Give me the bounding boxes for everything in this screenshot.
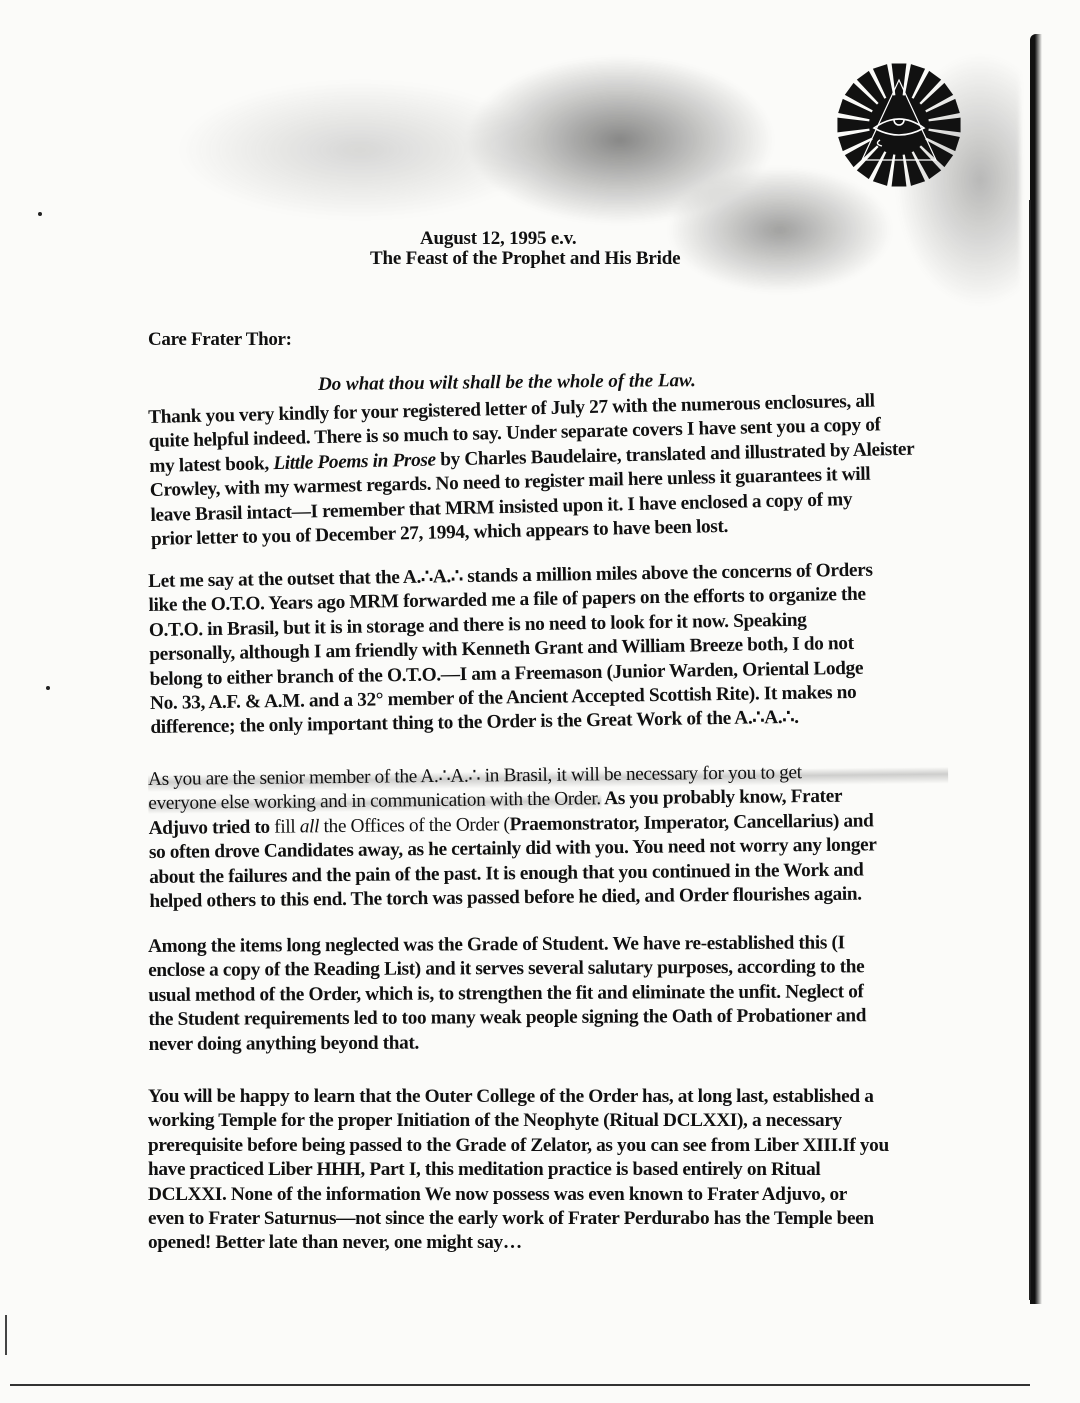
salutation: Care Frater Thor: bbox=[148, 329, 292, 351]
letter-date: August 12, 1995 e.v. bbox=[420, 228, 576, 250]
book-title: Little Poems in Prose bbox=[273, 449, 436, 474]
text-line: have practiced Liber HHH, Part I, this m… bbox=[148, 1158, 948, 1182]
text-line: even to Frater Saturnus—not since the ea… bbox=[148, 1207, 948, 1231]
paragraph-outer-college: You will be happy to learn that the Oute… bbox=[148, 1085, 948, 1256]
letter-occasion: The Feast of the Prophet and His Bride bbox=[370, 248, 680, 270]
paragraph-thanks: Thank you very kindly for your registere… bbox=[148, 388, 951, 553]
text-line: working Temple for the proper Initiation… bbox=[148, 1109, 948, 1133]
paragraph-senior-member: As you are the senior member of the A.∴A… bbox=[148, 760, 949, 915]
page-left-mark bbox=[5, 1315, 7, 1355]
text-line: never doing anything beyond that. bbox=[149, 1028, 949, 1057]
text-line: You will be happy to learn that the Oute… bbox=[148, 1085, 948, 1109]
paragraph-student-grade: Among the items long neglected was the G… bbox=[148, 931, 949, 1057]
text-line: DCLXXI. None of the information We now p… bbox=[148, 1183, 948, 1207]
speck bbox=[46, 686, 50, 690]
page-edge-line bbox=[1029, 200, 1031, 1300]
speck bbox=[38, 212, 42, 216]
eye-in-triangle-sunburst-icon bbox=[836, 62, 962, 188]
text-run: my latest book, bbox=[149, 453, 273, 477]
page-bottom-edge bbox=[10, 1384, 1030, 1386]
text-run: Praemonstrator, Imperator, Cancellarius)… bbox=[509, 810, 873, 835]
page-edge-shadow bbox=[1030, 34, 1042, 1304]
opening-law: Do what thou wilt shall be the whole of … bbox=[318, 370, 696, 396]
text-line: opened! Better late than never, one migh… bbox=[148, 1231, 948, 1255]
text-run: As you probably know, Frater bbox=[601, 786, 842, 810]
text-run: fill bbox=[270, 816, 300, 837]
letter-page: August 12, 1995 e.v. The Feast of the Pr… bbox=[0, 0, 1080, 1403]
paragraph-outset: Let me say at the outset that the A.∴A.∴… bbox=[148, 557, 951, 740]
text-run: everyone else working and in communicati… bbox=[148, 789, 601, 815]
text-line: the Student requirements led to too many… bbox=[148, 1004, 948, 1033]
text-run: Adjuvo tried to bbox=[149, 817, 270, 839]
text-line: prerequisite before being passed to the … bbox=[148, 1134, 948, 1158]
text-run: all bbox=[300, 816, 320, 837]
text-run: the Offices of the Order ( bbox=[319, 814, 510, 837]
